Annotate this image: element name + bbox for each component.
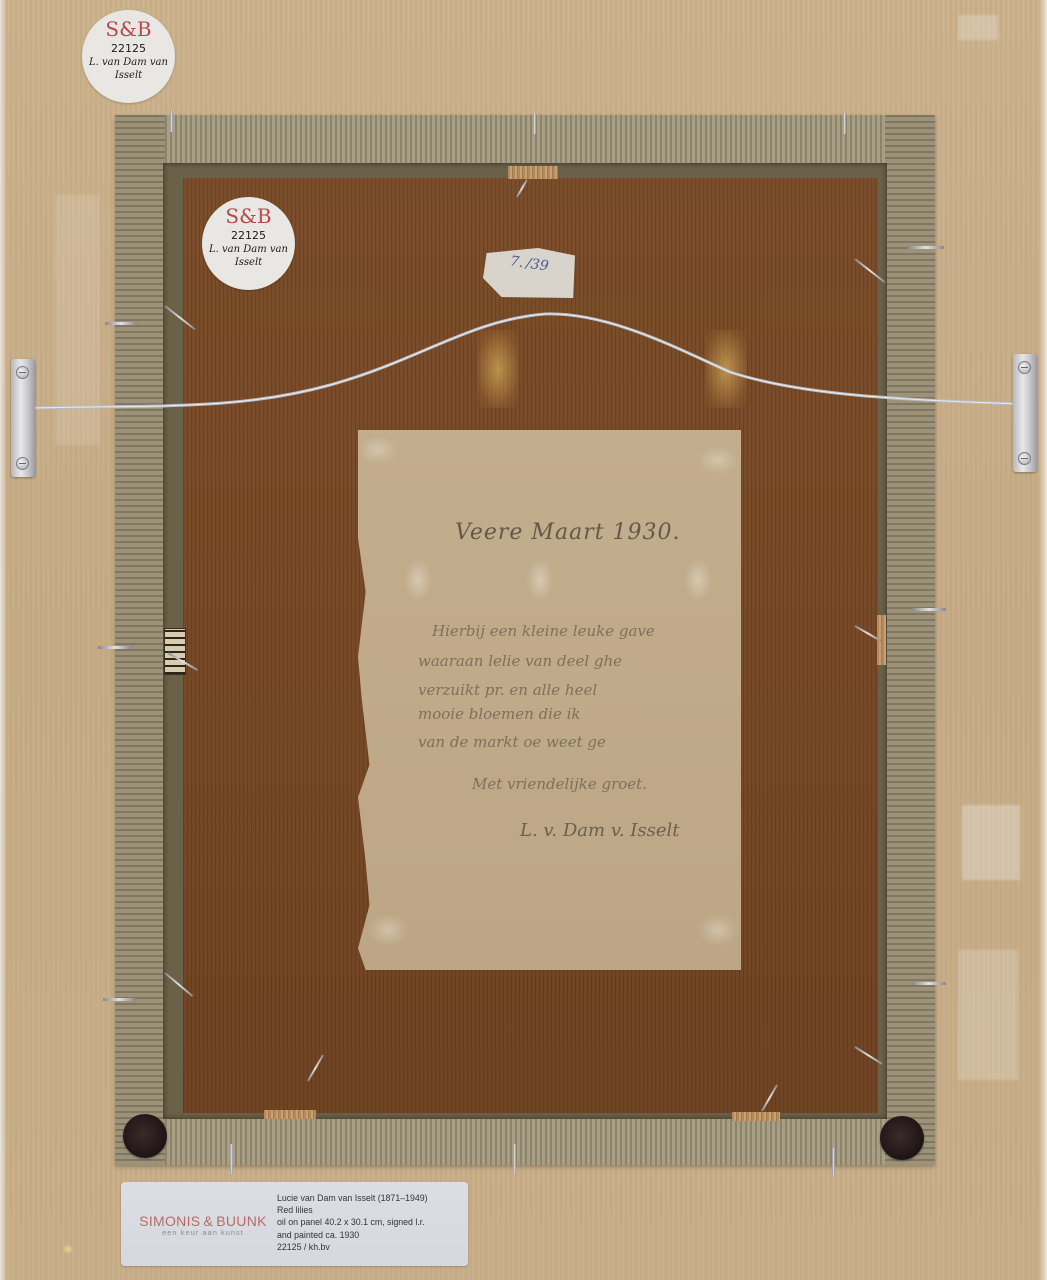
hanging-bracket-left [11,359,35,477]
screw-icon [16,457,29,470]
note-signature: L. v. Dam v. Isselt [520,820,680,841]
paint-residue-top-right [958,15,998,40]
artist-name: Lucie van Dam van Isselt (1871–1949) [277,1192,462,1204]
backing-board-right-edge [1039,0,1047,1280]
frame-pin [105,322,137,325]
inventory-sticker-board: S&B 22125 L. van Dam van Isselt [82,10,175,103]
frame-pin [912,982,946,985]
cork-spacer-bottom-right [732,1112,780,1121]
note-body-line: waaraan lelie van deel ghe [418,652,622,670]
paint-residue-right [962,805,1020,880]
backing-board-left-edge [0,0,6,1280]
note-date-line: Veere Maart 1930. [455,520,681,545]
paint-residue-left [55,195,100,445]
frame-pin [533,112,536,134]
note-body-line: verzuikt pr. en alle heel [418,681,597,699]
frame-pin [103,998,135,1001]
felt-bumper-left [123,1114,167,1158]
stain-mark [62,1244,74,1254]
artwork-medium: oil on panel 40.2 x 30.1 cm, signed l.r. [277,1216,462,1228]
frame-pin [912,608,946,611]
screw-icon [1018,452,1031,465]
note-body-line: van de markt oe weet ge [418,733,606,751]
inventory-sticker-panel: S&B 22125 L. van Dam van Isselt [202,197,295,290]
frame-pin [843,112,846,134]
sticker-name-line2: Isselt [82,69,175,82]
inventory-code: 22125 / kh.bv [277,1241,462,1253]
sticker-logo: S&B [82,18,175,40]
paint-residue-right-lower [958,950,1018,1080]
frame-right-rail [885,115,935,1165]
gallery-label: SIMONIS & BUUNK een keur aan kunst Lucie… [121,1182,468,1266]
glue-residue-right [705,330,747,408]
sticker-number: 22125 [202,229,295,243]
cork-spacer-bottom-left [264,1110,316,1119]
frame-left-rail [115,115,165,1165]
gallery-logo: SIMONIS & BUUNK een keur aan kunst [138,1214,268,1238]
handwritten-note [358,430,741,970]
artwork-title: Red lilies [277,1204,462,1216]
frame-bottom-rail [115,1117,935,1165]
sticker-name-line1: L. van Dam van [202,243,295,256]
cork-spacer-top [508,166,558,179]
sticker-name-line1: L. van Dam van [82,56,175,69]
note-closing: Met vriendelijke groet. [472,775,647,793]
note-body-line: Hierbij een kleine leuke gave [432,622,655,640]
frame-pin [230,1144,233,1174]
frame-top-rail [115,115,935,165]
sticker-logo: S&B [202,205,295,227]
screw-icon [1018,361,1031,374]
artwork-details: Lucie van Dam van Isselt (1871–1949) Red… [277,1192,462,1253]
artwork-date: and painted ca. 1930 [277,1229,462,1241]
note-body-line: mooie bloemen die ik [418,705,581,723]
glue-residue-left [477,330,519,408]
frame-pin [513,1144,516,1174]
frame-pin [832,1148,835,1176]
frame-pin [170,110,173,132]
sticker-name-line2: Isselt [202,256,295,269]
frame-pin [908,246,944,249]
frame-pin [98,646,132,649]
gallery-logo-name: SIMONIS & BUUNK [138,1214,268,1228]
sticker-number: 22125 [82,42,175,56]
hanging-bracket-right [1013,354,1037,472]
felt-bumper-right [880,1116,924,1160]
screw-icon [16,366,29,379]
gallery-logo-tagline: een keur aan kunst [138,1228,268,1238]
